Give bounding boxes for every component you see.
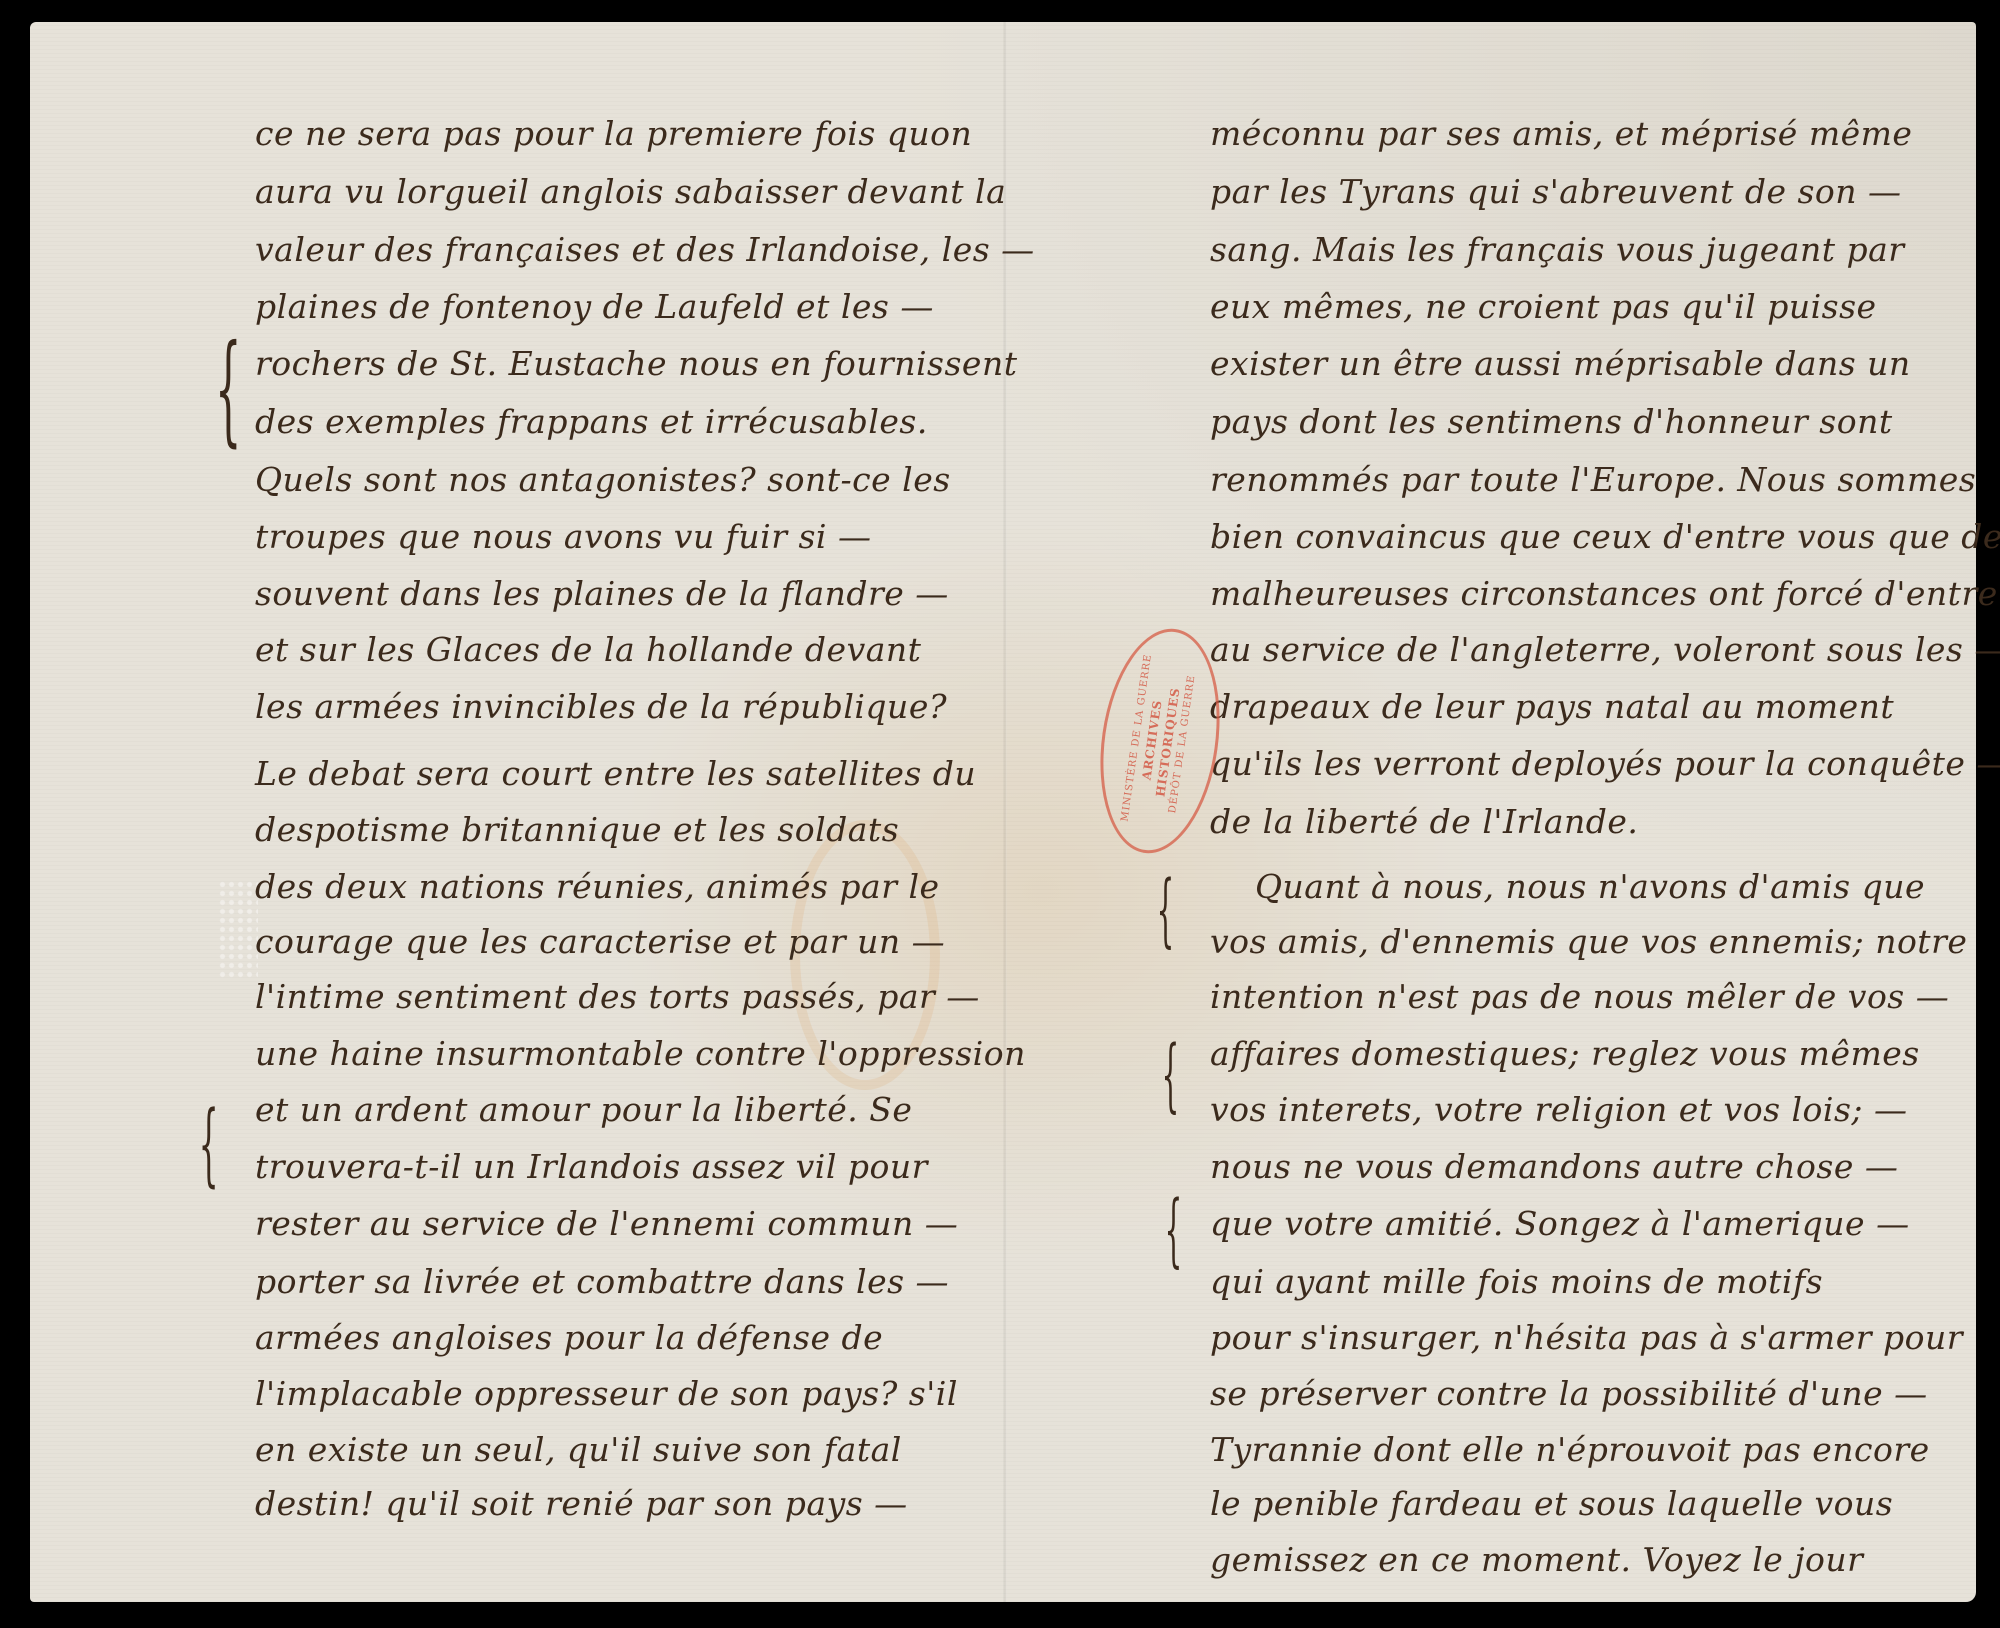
left-line-12: Le debat sera court entre les satellites… xyxy=(255,754,976,793)
right-line-9: malheureuses circonstances ont forcé d'e… xyxy=(1210,574,2000,613)
right-line-23: se préserver contre la possibilité d'une… xyxy=(1210,1374,1928,1413)
right-line-8: bien convaincus que ceux d'entre vous qu… xyxy=(1210,517,2000,556)
margin-bracket-icon: { xyxy=(1157,870,1175,950)
left-line-2: aura vu lorgueil anglois sabaisser devan… xyxy=(255,172,1006,211)
right-line-5: exister un être aussi méprisable dans un xyxy=(1210,344,1911,383)
right-line-12: qu'ils les verront deployés pour la conq… xyxy=(1210,744,2000,783)
right-line-25: le penible fardeau et sous laquelle vous xyxy=(1210,1484,1893,1523)
pinholes xyxy=(218,880,258,980)
right-line-17: affaires domestiques; reglez vous mêmes xyxy=(1210,1034,1920,1073)
left-line-9: souvent dans les plaines de la flandre — xyxy=(255,574,949,613)
right-line-21: qui ayant mille fois moins de motifs xyxy=(1210,1262,1823,1301)
left-line-21: porter sa livrée et combattre dans les — xyxy=(255,1262,949,1301)
left-line-11: les armées invincibles de la république? xyxy=(255,687,947,726)
right-line-7: renommés par toute l'Europe. Nous sommes xyxy=(1210,460,1976,499)
margin-bracket-icon: { xyxy=(215,330,242,450)
left-line-24: en existe un seul, qu'il suive son fatal xyxy=(255,1430,902,1469)
left-line-20: rester au service de l'ennemi commun — xyxy=(255,1204,958,1243)
right-line-4: eux mêmes, ne croient pas qu'il puisse xyxy=(1210,287,1877,326)
right-line-15: vos amis, d'ennemis que vos ennemis; not… xyxy=(1210,922,1967,961)
left-line-15: courage que les caracterise et par un — xyxy=(255,922,945,961)
margin-bracket-icon: { xyxy=(1162,1035,1180,1115)
right-line-16: intention n'est pas de nous mêler de vos… xyxy=(1210,977,1949,1016)
left-line-10: et sur les Glaces de la hollande devant xyxy=(255,630,921,669)
right-line-13: de la liberté de l'Irlande. xyxy=(1210,802,1638,841)
right-line-22: pour s'insurger, n'hésita pas à s'armer … xyxy=(1210,1318,1963,1357)
right-line-10: au service de l'angleterre, voleront sou… xyxy=(1210,630,2000,669)
right-line-11: drapeaux de leur pays natal au moment xyxy=(1210,687,1894,726)
right-line-19: nous ne vous demandons autre chose — xyxy=(1210,1147,1898,1186)
right-line-3: sang. Mais les français vous jugeant par xyxy=(1210,230,1905,269)
left-line-19: trouvera-t-il un Irlandois assez vil pou… xyxy=(255,1147,928,1186)
right-line-26: gemissez en ce moment. Voyez le jour xyxy=(1210,1540,1863,1579)
left-line-1: ce ne sera pas pour la premiere fois quo… xyxy=(255,114,972,153)
margin-bracket-icon: { xyxy=(199,1100,219,1190)
margin-bracket-icon: { xyxy=(1165,1190,1183,1270)
left-line-13: despotisme britannique et les soldats xyxy=(255,810,899,849)
right-line-6: pays dont les sentimens d'honneur sont xyxy=(1210,402,1893,441)
left-line-8: troupes que nous avons vu fuir si — xyxy=(255,517,871,556)
right-line-2: par les Tyrans qui s'abreuvent de son — xyxy=(1210,172,1902,211)
left-line-18: et un ardent amour pour la liberté. Se xyxy=(255,1090,912,1129)
left-line-17: une haine insurmontable contre l'oppress… xyxy=(255,1034,1026,1073)
right-line-20: que votre amitié. Songez à l'amerique — xyxy=(1210,1204,1910,1243)
left-line-22: armées angloises pour la défense de xyxy=(255,1318,883,1357)
left-line-4: plaines de fontenoy de Laufeld et les — xyxy=(255,287,934,326)
right-line-18: vos interets, votre religion et vos lois… xyxy=(1210,1090,1908,1129)
left-line-6: des exemples frappans et irrécusables. xyxy=(255,402,928,441)
left-line-14: des deux nations réunies, animés par le xyxy=(255,867,940,906)
left-line-7: Quels sont nos antagonistes? sont-ce les xyxy=(255,460,951,499)
left-line-16: l'intime sentiment des torts passés, par… xyxy=(255,977,980,1016)
left-line-23: l'implacable oppresseur de son pays? s'i… xyxy=(255,1374,958,1413)
left-line-3: valeur des françaises et des Irlandoise,… xyxy=(255,230,1035,269)
right-line-14: Quant à nous, nous n'avons d'amis que xyxy=(1255,867,1925,906)
left-line-25: destin! qu'il soit renié par son pays — xyxy=(255,1484,908,1523)
left-line-5: rochers de St. Eustache nous en fourniss… xyxy=(255,344,1017,383)
right-line-1: méconnu par ses amis, et méprisé même xyxy=(1210,114,1912,153)
right-line-24: Tyrannie dont elle n'éprouvoit pas encor… xyxy=(1210,1430,1930,1469)
